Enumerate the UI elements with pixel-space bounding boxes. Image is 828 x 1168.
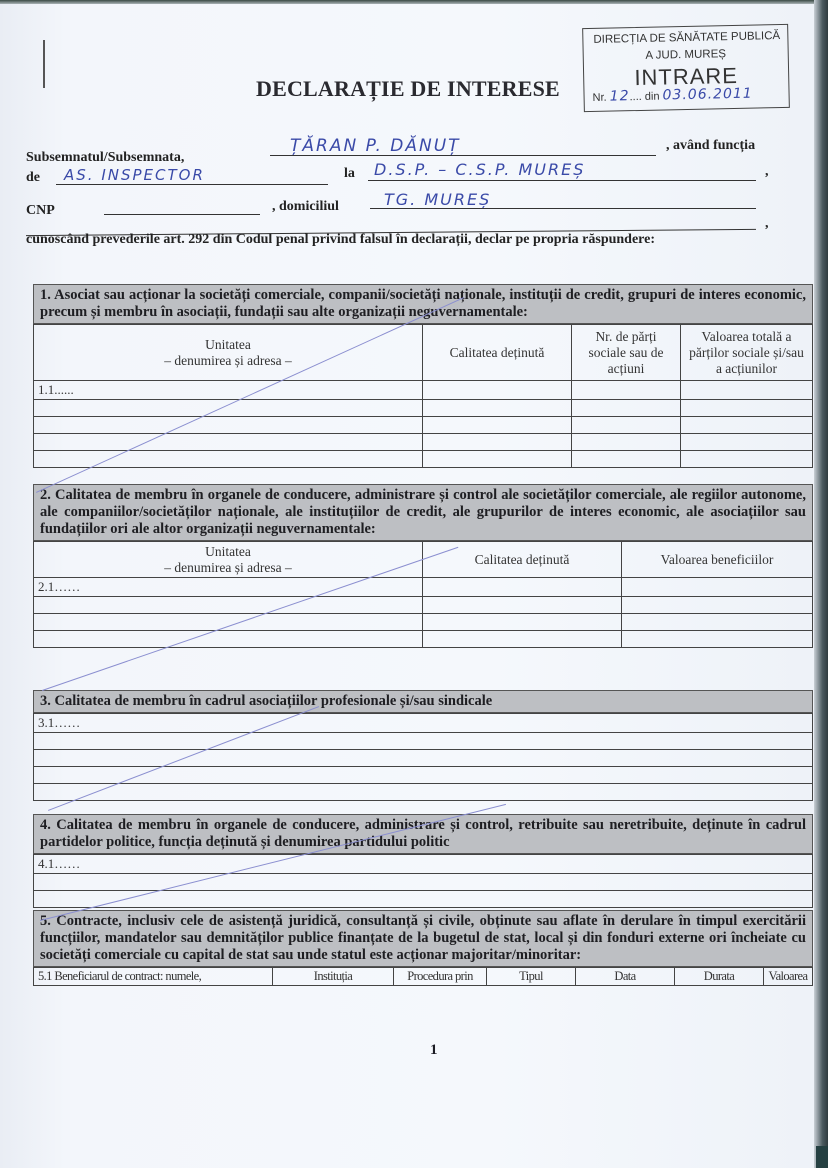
s2-cell[interactable] [423, 597, 622, 614]
s1-entry-1[interactable]: 1.1...... [34, 381, 423, 400]
section-1-heading: 1. Asociat sau acționar la societăți com… [33, 284, 813, 324]
s2-cell[interactable] [34, 631, 423, 648]
avand-functia-label: , având funcția [666, 138, 755, 154]
s5-col-valoarea: Valoarea [764, 968, 813, 986]
s5-col-durata: Durata [675, 968, 764, 986]
de-label: de [26, 170, 40, 186]
section-3-table: 3.1…… [33, 713, 813, 801]
s1-cell[interactable] [423, 417, 572, 434]
address-field[interactable]: TG. MUREȘ [384, 190, 491, 209]
s5-col-procedura: Procedura prin [394, 968, 487, 986]
page-number: 1 [430, 1042, 438, 1059]
s1-cell[interactable] [34, 451, 423, 468]
section-4-table: 4.1…… [33, 854, 813, 908]
s1-cell[interactable] [34, 434, 423, 451]
s1-col-valoarea: Valoarea totală a părților sociale și/sa… [681, 325, 813, 381]
s1-col-calitatea: Calitatea deținută [423, 325, 572, 381]
section-2: 2. Calitatea de membru în organele de co… [33, 484, 813, 648]
section-5: 5. Contracte, inclusiv cele de asistență… [33, 910, 813, 986]
s1-cell[interactable] [34, 400, 423, 417]
s3-cell[interactable] [34, 784, 813, 801]
s1-cell[interactable] [681, 381, 813, 400]
section-1-table: Unitatea – denumirea și adresa – Calitat… [33, 324, 813, 468]
s1-cell[interactable] [681, 417, 813, 434]
s1-cell[interactable] [34, 417, 423, 434]
name-underline [270, 155, 656, 156]
s2-col-unitatea-l2: – denumirea și adresa – [38, 560, 418, 576]
section-5-heading: 5. Contracte, inclusiv cele de asistență… [33, 910, 813, 967]
stamp-institution: DIRECȚIA DE SĂNĂTATE PUBLICĂ [593, 30, 780, 46]
name-field[interactable]: ȚĂRAN P. DĂNUȚ [290, 136, 461, 156]
subsemnatul-label: Subsemnatul/Subsemnata, [26, 150, 184, 166]
registration-stamp: DIRECȚIA DE SĂNĂTATE PUBLICĂ A JUD. MURE… [582, 24, 790, 112]
scan-edge-right [814, 0, 828, 1168]
section-5-table: 5.1 Beneficiarul de contract: numele, In… [33, 967, 813, 986]
s4-entry-1[interactable]: 4.1…… [34, 855, 813, 874]
function-field[interactable]: AS. INSPECTOR [64, 166, 205, 184]
s1-cell[interactable] [423, 451, 572, 468]
s2-cell[interactable] [423, 614, 622, 631]
s1-cell[interactable] [423, 381, 572, 400]
s2-cell[interactable] [622, 578, 813, 597]
s1-col-nr-parti: Nr. de părți sociale sau de acțiuni [572, 325, 681, 381]
address-underline [370, 208, 756, 209]
stamp-date-value: 03.06.2011 [662, 86, 752, 104]
s1-cell[interactable] [572, 434, 681, 451]
document-title: DECLARAȚIE DE INTERESE [256, 76, 560, 102]
s1-cell[interactable] [681, 451, 813, 468]
s2-col-valoarea: Valoarea beneficiilor [622, 542, 813, 578]
workplace-underline [368, 180, 756, 181]
s2-cell[interactable] [34, 597, 423, 614]
function-underline [56, 184, 328, 185]
stamp-nr-label: Nr. [592, 92, 606, 104]
preamble-text: cunoscând prevederile art. 292 din Codul… [26, 232, 655, 248]
s1-cell[interactable] [572, 400, 681, 417]
section-3-heading: 3. Calitatea de membru în cadrul asociaț… [33, 690, 813, 713]
s2-cell[interactable] [622, 614, 813, 631]
comma-1: , [765, 164, 769, 180]
s2-cell[interactable] [622, 631, 813, 648]
s1-cell[interactable] [572, 381, 681, 400]
stamp-dots: .... [629, 91, 641, 103]
s3-cell[interactable] [34, 733, 813, 750]
s1-cell[interactable] [681, 400, 813, 417]
s2-cell[interactable] [423, 631, 622, 648]
s3-entry-1[interactable]: 3.1…… [34, 714, 813, 733]
stamp-nr-value: 12 [610, 88, 630, 104]
section-4-heading: 4. Calitatea de membru în organele de co… [33, 814, 813, 854]
s2-cell[interactable] [423, 578, 622, 597]
comma-2: , [765, 216, 769, 232]
s3-cell[interactable] [34, 750, 813, 767]
s1-col-unitatea-l2: – denumirea și adresa – [38, 353, 418, 369]
s1-cell[interactable] [681, 434, 813, 451]
s2-col-calitatea: Calitatea deținută [423, 542, 622, 578]
stamp-number-date: Nr. 12.... din 03.06.2011 [592, 86, 752, 105]
s3-cell[interactable] [34, 767, 813, 784]
stamp-din-label: din [645, 91, 660, 103]
s2-cell[interactable] [622, 597, 813, 614]
s1-cell[interactable] [423, 434, 572, 451]
s1-cell[interactable] [572, 417, 681, 434]
section-2-table: Unitatea – denumirea și adresa – Calitat… [33, 541, 813, 648]
s1-cell[interactable] [572, 451, 681, 468]
s4-cell[interactable] [34, 874, 813, 891]
la-label: la [344, 166, 355, 182]
s2-cell[interactable] [34, 614, 423, 631]
s5-col-tipul: Tipul [487, 968, 576, 986]
s1-col-unitatea: Unitatea – denumirea și adresa – [34, 325, 423, 381]
domiciliul-label: , domiciliul [272, 199, 339, 215]
margin-mark [43, 40, 45, 88]
section-2-heading: 2. Calitatea de membru în organele de co… [33, 484, 813, 541]
s5-col-beneficiar: 5.1 Beneficiarul de contract: numele, [34, 968, 273, 986]
stamp-county: A JUD. MUREȘ [584, 47, 788, 63]
scan-edge-corner [816, 1146, 828, 1168]
s1-cell[interactable] [423, 400, 572, 417]
s2-col-unitatea-l1: Unitatea [38, 544, 418, 560]
s5-col-institutia: Instituția [273, 968, 394, 986]
section-3: 3. Calitatea de membru în cadrul asociaț… [33, 690, 813, 801]
s2-col-unitatea: Unitatea – denumirea și adresa – [34, 542, 423, 578]
workplace-field[interactable]: D.S.P. – C.S.P. MUREȘ [374, 160, 585, 179]
scan-edge-top [0, 0, 828, 4]
cnp-label: CNP [26, 203, 55, 219]
cnp-field[interactable] [104, 214, 260, 215]
s5-col-data: Data [576, 968, 675, 986]
